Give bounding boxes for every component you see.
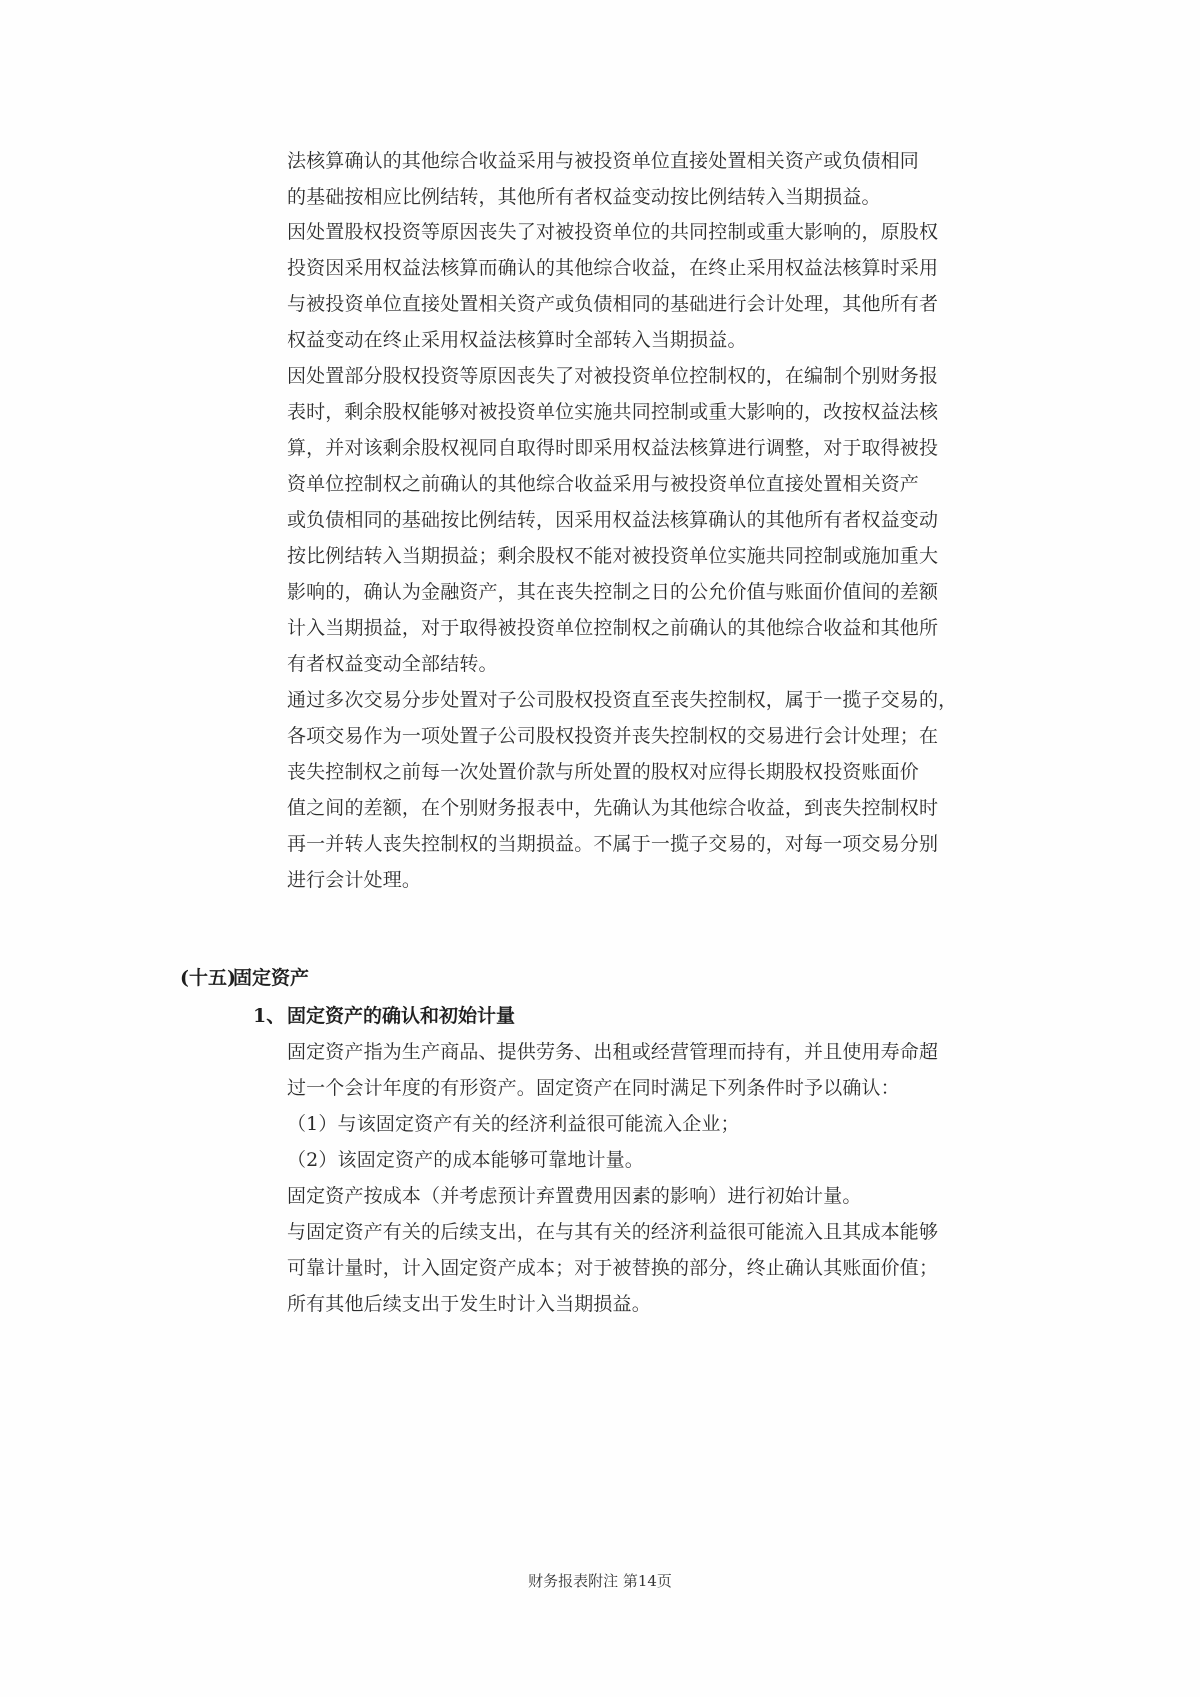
body-line: 权益变动在终止采用权益法核算时全部转入当期损益。: [287, 328, 747, 352]
list-item: （2）该固定资产的成本能够可靠地计量。: [287, 1148, 644, 1172]
body-line: 或负债相同的基础按比例结转，因采用权益法核算确认的其他所有者权益变动: [287, 508, 938, 532]
body-line: 与固定资产有关的后续支出，在与其有关的经济利益很可能流入且其成本能够: [287, 1220, 938, 1244]
body-line: 进行会计处理。: [287, 868, 421, 892]
body-line: 计入当期损益，对于取得被投资单位控制权之前确认的其他综合收益和其他所: [287, 616, 938, 640]
list-item: （1）与该固定资产有关的经济利益很可能流入企业；: [287, 1112, 740, 1136]
body-line: 因处置股权投资等原因丧失了对被投资单位的共同控制或重大影响的，原股权: [287, 220, 938, 244]
body-line: 资单位控制权之前确认的其他综合收益采用与被投资单位直接处置相关资产: [287, 472, 919, 496]
body-line: 的基础按相应比例结转，其他所有者权益变动按比例结转入当期损益。: [287, 185, 881, 209]
body-line: 固定资产按成本（并考虑预计弃置费用因素的影响）进行初始计量。: [287, 1184, 862, 1208]
body-line: 通过多次交易分步处置对子公司股权投资直至丧失控制权，属于一揽子交易的，: [287, 688, 957, 712]
body-line: 表时，剩余股权能够对被投资单位实施共同控制或重大影响的，改按权益法核: [287, 400, 938, 424]
body-line: 投资因采用权益法核算而确认的其他综合收益，在终止采用权益法核算时采用: [287, 256, 938, 280]
body-line: 可靠计量时，计入固定资产成本；对于被替换的部分，终止确认其账面价值；: [287, 1256, 938, 1280]
subsection-title: 固定资产的确认和初始计量: [287, 1004, 515, 1028]
subsection-number: 1、: [253, 1004, 285, 1028]
body-line: 所有其他后续支出于发生时计入当期损益。: [287, 1292, 651, 1316]
section-title: 固定资产: [233, 966, 309, 990]
body-line: 与被投资单位直接处置相关资产或负债相同的基础进行会计处理，其他所有者: [287, 292, 938, 316]
page-footer: 财务报表附注 第14页: [0, 1571, 1200, 1591]
body-line: 各项交易作为一项处置子公司股权投资并丧失控制权的交易进行会计处理；在: [287, 724, 938, 748]
body-line: 值之间的差额，在个别财务报表中，先确认为其他综合收益，到丧失控制权时: [287, 796, 938, 820]
body-line: 丧失控制权之前每一次处置价款与所处置的股权对应得长期股权投资账面价: [287, 760, 919, 784]
section-number: (十五): [180, 966, 236, 990]
body-line: 法核算确认的其他综合收益采用与被投资单位直接处置相关资产或负债相同: [287, 149, 919, 173]
body-line: 算，并对该剩余股权视同自取得时即采用权益法核算进行调整，对于取得被投: [287, 436, 938, 460]
document-page: 法核算确认的其他综合收益采用与被投资单位直接处置相关资产或负债相同 的基础按相应…: [0, 0, 1200, 1697]
body-line: 再一并转人丧失控制权的当期损益。不属于一揽子交易的，对每一项交易分别: [287, 832, 938, 856]
body-line: 因处置部分股权投资等原因丧失了对被投资单位控制权的，在编制个别财务报: [287, 364, 938, 388]
body-line: 过一个会计年度的有形资产。固定资产在同时满足下列条件时予以确认：: [287, 1076, 900, 1100]
body-line: 按比例结转入当期损益；剩余股权不能对被投资单位实施共同控制或施加重大: [287, 544, 938, 568]
body-line: 影响的，确认为金融资产，其在丧失控制之日的公允价值与账面价值间的差额: [287, 580, 938, 604]
body-line: 有者权益变动全部结转。: [287, 652, 498, 676]
body-line: 固定资产指为生产商品、提供劳务、出租或经营管理而持有，并且使用寿命超: [287, 1040, 938, 1064]
